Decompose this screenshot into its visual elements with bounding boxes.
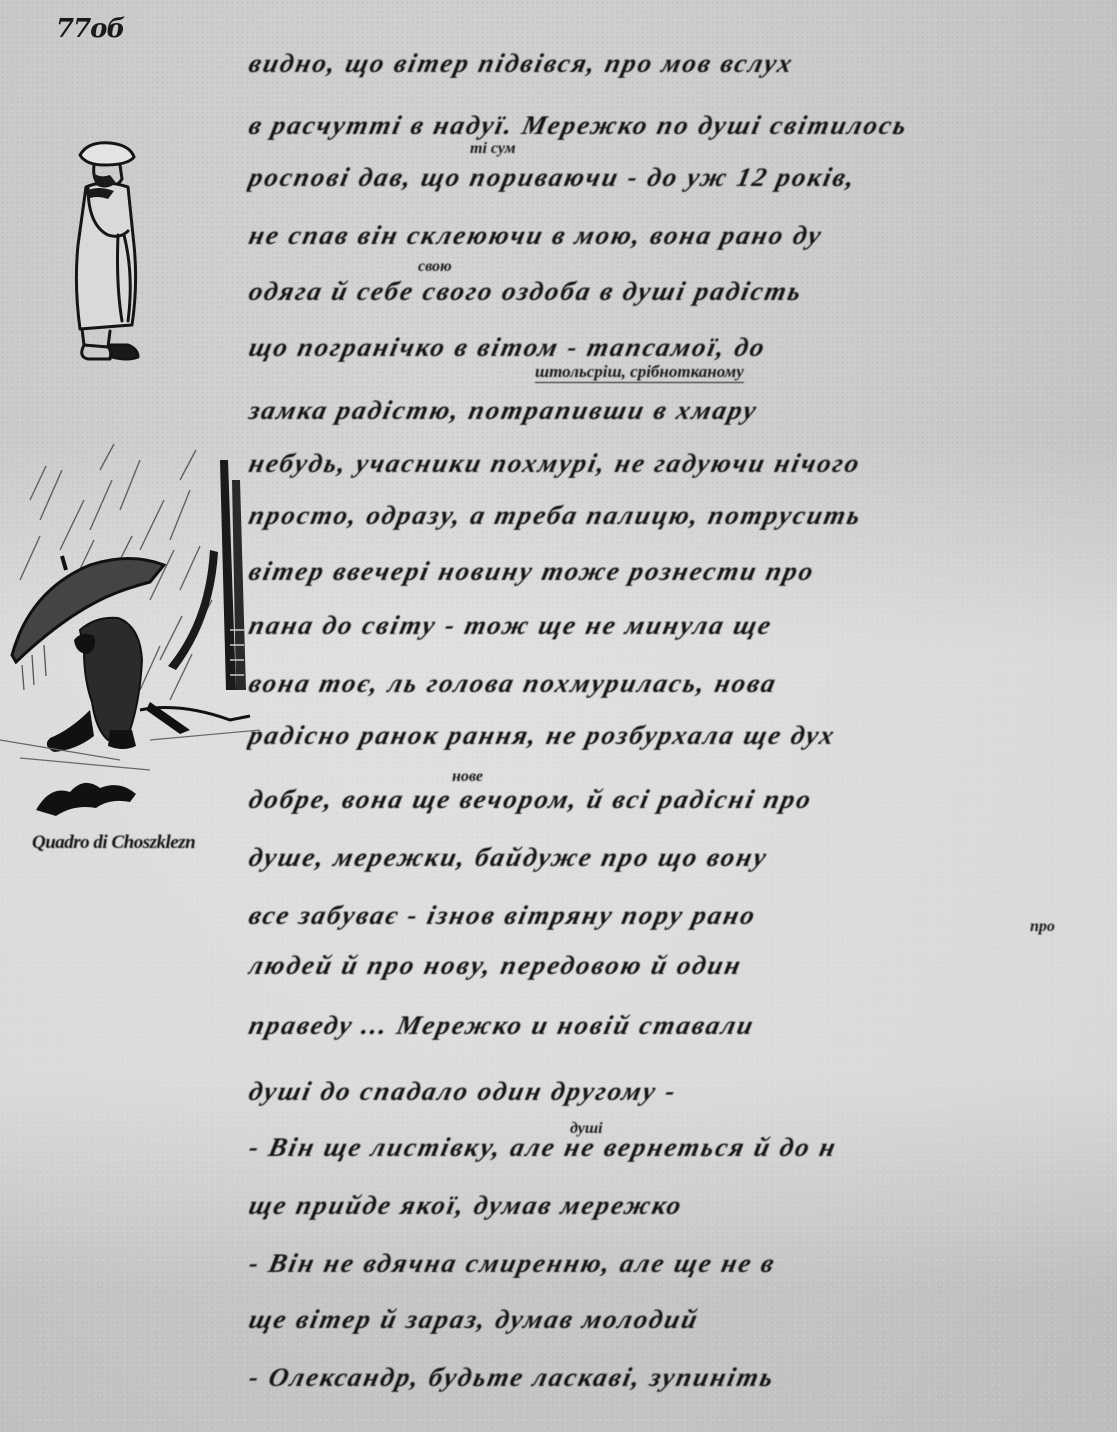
interlinear-note: штольсріш, срібнотканому	[535, 362, 744, 383]
manuscript-line: - Він ще листівку, але не вернеться й до…	[246, 1132, 1117, 1163]
manuscript-line: замка радістю, потрапивши в хмару	[246, 395, 1117, 426]
manuscript-line: - Він не вдячна смиренню, але ще не в	[246, 1248, 1117, 1279]
manuscript-line: ще прийде якої, думав мережко	[246, 1190, 1117, 1221]
manuscript-line: вітер ввечері новину тоже рознести про	[246, 556, 1117, 587]
sketch-caption: Quadro di Choszklezn	[32, 832, 195, 854]
manuscript-line: радісно ранок рання, не розбурхала ще ду…	[246, 720, 1117, 751]
manuscript-line: душі до спадало один другому -	[246, 1076, 1117, 1107]
manuscript-line: душе, мережки, байдуже про що вону	[246, 842, 1117, 873]
manuscript-line: видно, що вітер підвівся, про мов вслух	[246, 48, 1117, 79]
manuscript-line: праведу ... Мережко и новій ставали	[246, 1010, 1117, 1041]
manuscript-line: ще вітер й зараз, думав молодий	[246, 1304, 1117, 1335]
standing-figure-sketch	[58, 135, 148, 375]
manuscript-line: просто, одразу, а треба палицю, потрусит…	[246, 500, 1117, 531]
manuscript-line: пана до світу - тож ще не минула ще	[246, 610, 1117, 641]
manuscript-line: роспові дав, що пориваючи - до уж 12 рок…	[246, 162, 1117, 193]
folio-number: 77об	[56, 14, 124, 44]
manuscript-line: - Олександр, будьте ласкаві, зупиніть	[246, 1362, 1117, 1393]
manuscript-line: що погранiчко в вiтом - тапсамої, до	[246, 332, 1117, 363]
manuscript-line: людей й про нову, передовою й один	[246, 950, 1117, 981]
manuscript-line: вона тоє, ль голова похмурилась, нова	[246, 668, 1117, 699]
manuscript-line: все забуває - ізнов вітряну пору рано	[246, 900, 1117, 931]
manuscript-line: не спав він склеюючи в мою, вона рано ду	[246, 220, 1117, 251]
interlinear-note: свою	[418, 258, 452, 276]
manuscript-line: добре, вона ще вечором, й всі радісні пр…	[246, 784, 1117, 815]
manuscript-line: небудь, учасники похмурі, не гадуючи ніч…	[246, 448, 1117, 479]
rain-umbrella-sketch	[0, 440, 270, 820]
interlinear-note: ті сум	[470, 140, 516, 158]
manuscript-line: в расчуттi в надуї. Мережко по душі світ…	[246, 110, 1117, 141]
manuscript-line: одяга й себе свого оздоба в душі радість	[246, 276, 1117, 307]
